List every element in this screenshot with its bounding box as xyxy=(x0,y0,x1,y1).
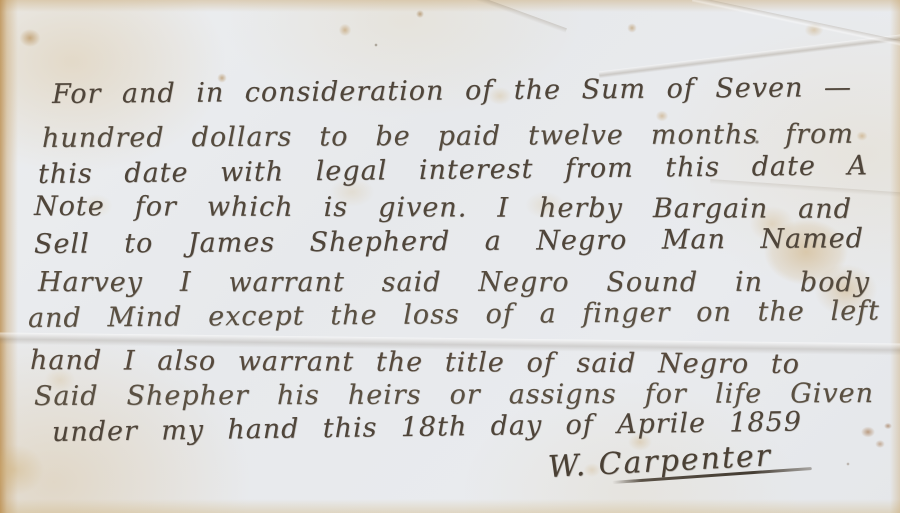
fold-crease-top-right-secondary xyxy=(692,0,900,50)
handwritten-line: and Mind except the loss of a finger on … xyxy=(28,295,880,336)
handwritten-line: this date with legal interest from this … xyxy=(38,149,868,192)
fold-crease-top-center xyxy=(443,0,567,33)
handwritten-line: Sell to James Shepherd a Negro Man Named xyxy=(34,222,864,262)
handwritten-line: hand I also warrant the title of said Ne… xyxy=(30,344,800,382)
handwritten-line: Note for which is given. I herby Bargain… xyxy=(34,190,852,227)
scanned-document-page: For and in consideration of the Sum of S… xyxy=(0,0,900,513)
handwritten-line: For and in consideration of the Sum of S… xyxy=(52,71,852,112)
